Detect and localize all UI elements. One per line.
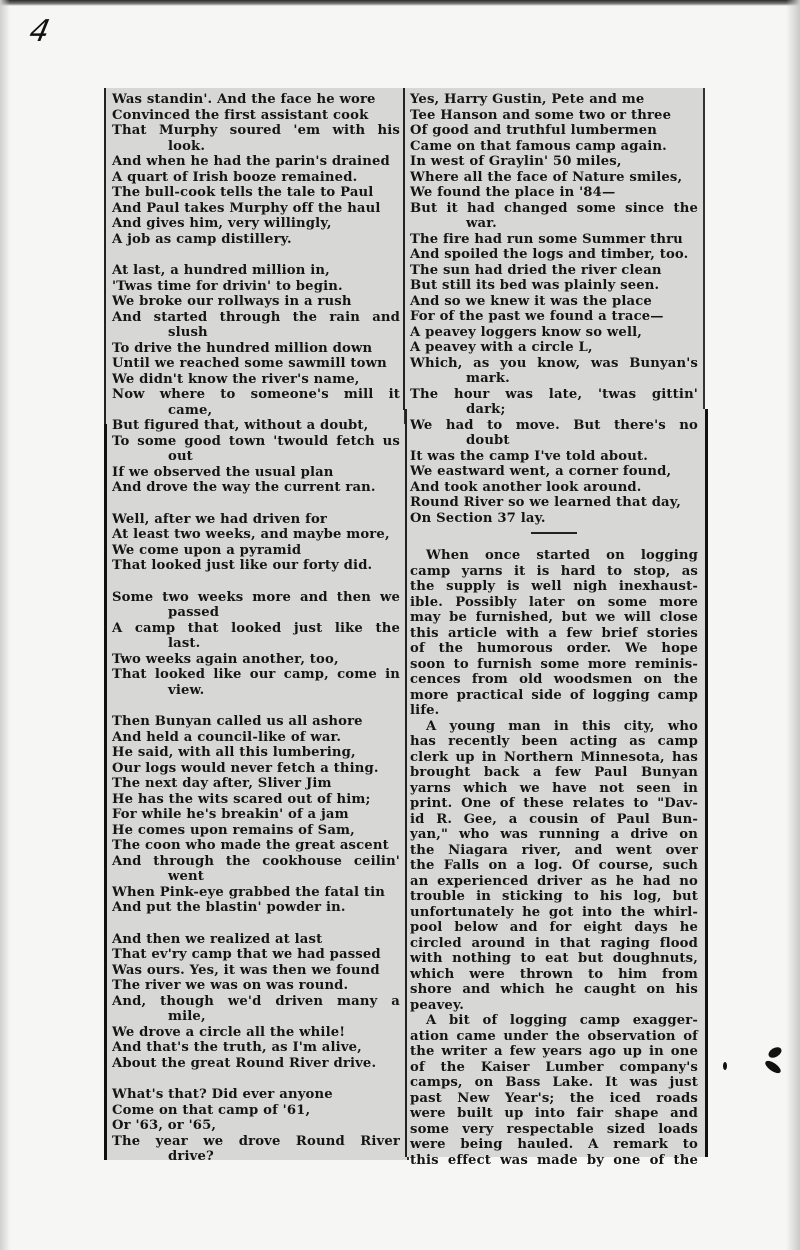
paragraph-line: this article with a few brief stories [410,626,698,642]
poem-line: That ev'ry camp that we had passed [112,947,400,963]
poem-line: Until we reached some sawmill town [112,356,400,372]
poem-line: We broke our rollways in a rush [112,294,400,310]
poem-line: And Paul takes Murphy off the haul [112,201,400,217]
poem-line: came, [112,403,400,419]
paragraph-line: print. One of these relates to "Dav- [410,796,698,812]
paragraph-line: When once started on logging [410,548,698,564]
poem-line: Of good and truthful lumbermen [410,123,698,139]
poem-stanza: Some two weeks more and then wepassedA c… [112,590,400,699]
poem-stanza: Well, after we had driven forAt least tw… [112,512,400,574]
paragraph-line: ible. Possibly later on some more [410,595,698,611]
poem-line: If we observed the usual plan [112,465,400,481]
paragraph-line: yan," who was running a drive on [410,827,698,843]
stanza-gap [112,916,400,932]
poem-line: We eastward went, a corner found, [410,464,698,480]
poem-line: The next day after, Sliver Jim [112,776,400,792]
poem-line: Come on that camp of '61, [112,1103,400,1119]
paragraph-line: A bit of logging camp exagger- [410,1013,698,1029]
paragraph-line: id R. Gee, a cousin of Paul Bun- [410,812,698,828]
poem-line: At last, a hundred million in, [112,263,400,279]
poem-line: But figured that, without a doubt, [112,418,400,434]
paragraph-line: the Niagara river, and went over [410,843,698,859]
poem-line: Where all the face of Nature smiles, [410,170,698,186]
poem-line: But still its bed was plainly seen. [410,278,698,294]
poem-line: He comes upon remains of Sam, [112,823,400,839]
paragraph-line: the Falls on a log. Of course, such [410,858,698,874]
poem-stanza: What's that? Did ever anyoneCome on that… [112,1087,400,1165]
poem-line: About the great Round River drive. [112,1056,400,1072]
poem-line: Was standin'. And the face he wore [112,92,400,108]
paragraph-line: more practical side of logging camp [410,688,698,704]
poem-line: 'Twas time for drivin' to begin. [112,279,400,295]
poem-line: When Pink-eye grabbed the fatal tin [112,885,400,901]
paragraph-line: soon to furnish some more reminis- [410,657,698,673]
poem-line: A peavey loggers know so well, [410,325,698,341]
poem-line: war. [410,216,698,232]
poem-line: mile, [112,1009,400,1025]
stanza-gap [112,574,400,590]
poem-line: Tee Hanson and some two or three [410,108,698,124]
poem-line: And took another look around. [410,480,698,496]
paragraph-line: circled around in that raging flood [410,936,698,952]
poem-line: And started through the rain and [112,310,400,326]
paragraph-line: yarns which we have not seen in [410,781,698,797]
poem-line: Well, after we had driven for [112,512,400,528]
paragraph-line: may be furnished, but we will close [410,610,698,626]
poem-line: A camp that looked just like the [112,621,400,637]
paragraph-line: which were thrown to him from [410,967,698,983]
poem-line: view. [112,683,400,699]
paragraph-line: cences from old woodsmen on the [410,672,698,688]
poem-line: The river we was on was round. [112,978,400,994]
poem-line: We drove a circle all the while! [112,1025,400,1041]
poem-line: We didn't know the river's name, [112,372,400,388]
poem-line: And drove the way the current ran. [112,480,400,496]
poem-line: mark. [410,371,698,387]
poem-line: Was ours. Yes, it was then we found [112,963,400,979]
poem-line: The hour was late, 'twas gittin' [410,387,698,403]
poem-line: A peavey with a circle L, [410,340,698,356]
paragraph-line: clerk up in Northern Minnesota, has [410,750,698,766]
scan-left-edge [0,0,10,1250]
poem-line: went [112,869,400,885]
poem-line: Came on that famous camp again. [410,139,698,155]
poem-line: The coon who made the great ascent [112,838,400,854]
paragraph-line: past New Year's; the iced roads [410,1091,698,1107]
poem-line: And so we knew it was the place [410,294,698,310]
article-paragraph: A bit of logging camp exagger-ation came… [410,1013,698,1168]
section-divider [531,532,577,534]
paragraph-line: an experienced driver as he had no [410,874,698,890]
poem-line: Convinced the first assistant cook [112,108,400,124]
poem-line: To drive the hundred million down [112,341,400,357]
poem-line: drive? [112,1149,400,1165]
stanza-gap [112,1071,400,1087]
poem-line: We found the place in '84— [410,185,698,201]
poem-line: On Section 37 lay. [410,511,698,527]
poem-line: last. [112,636,400,652]
paragraph-line: shore and which he caught on his [410,982,698,998]
handwritten-page-number: 4 [26,14,53,49]
paragraph-line: this effect was made by one of the [410,1153,698,1169]
poem-line: That Murphy soured 'em with his [112,123,400,139]
paragraph-line: has recently been acting as camp [410,734,698,750]
poem-line: That looked just like our forty did. [112,558,400,574]
paragraph-line: brought back a few Paul Bunyan [410,765,698,781]
poem-line: The year we drove Round River [112,1134,400,1150]
paragraph-line: of the Kaiser Lumber company's [410,1060,698,1076]
poem-line: And spoiled the logs and timber, too. [410,247,698,263]
poem-stanza: And then we realized at lastThat ev'ry c… [112,932,400,1072]
poem-line: That looked like our camp, come in [112,667,400,683]
poem-line: And, though we'd driven many a [112,994,400,1010]
poem-line: The fire had run some Summer thru [410,232,698,248]
poem-line: And held a council-like of war. [112,730,400,746]
poem-line: And put the blastin' powder in. [112,900,400,916]
poem-line: dark; [410,402,698,418]
paragraph-line: trouble in sticking to his log, but [410,889,698,905]
poem-line: Two weeks again another, too, [112,652,400,668]
ink-smudge [767,1045,784,1060]
paragraph-line: were built up into fair shape and [410,1106,698,1122]
poem-line: It was the camp I've told about. [410,449,698,465]
poem-stanza: Yes, Harry Gustin, Pete and meTee Hanson… [410,92,698,526]
poem-line: And gives him, very willingly, [112,216,400,232]
poem-stanza: At last, a hundred million in,'Twas time… [112,263,400,496]
paragraph-line: some very respectable sized loads [410,1122,698,1138]
paragraph-line: were being hauled. A remark to [410,1137,698,1153]
paragraph-line: life. [410,703,698,719]
poem-line: In west of Graylin' 50 miles, [410,154,698,170]
poem-line: For while he's breakin' of a jam [112,807,400,823]
poem-line: At least two weeks, and maybe more, [112,527,400,543]
stanza-gap [112,496,400,512]
poem-line: What's that? Did ever anyone [112,1087,400,1103]
poem-line: And through the cookhouse ceilin' [112,854,400,870]
poem-line: To some good town 'twould fetch us [112,434,400,450]
poem-line: Which, as you know, was Bunyan's [410,356,698,372]
poem-line: passed [112,605,400,621]
poem-line: Our logs would never fetch a thing. [112,761,400,777]
scan-top-edge [0,0,800,6]
article-column-right: Yes, Harry Gustin, Pete and meTee Hanson… [410,92,698,1168]
ink-smudge [763,1059,782,1076]
stanza-gap [112,247,400,263]
poem-line: look. [112,139,400,155]
poem-line: And when he had the parin's drained [112,154,400,170]
poem-line: We come upon a pyramid [112,543,400,559]
poem-line: And that's the truth, as I'm alive, [112,1040,400,1056]
poem-line: The bull-cook tells the tale to Paul [112,185,400,201]
ink-smudge [723,1062,727,1070]
paragraph-line: the supply is well nigh inexhaust- [410,579,698,595]
poem-line: We had to move. But there's no [410,418,698,434]
poem-line: He said, with all this lumbering, [112,745,400,761]
paragraph-line: of the humorous order. We hope [410,641,698,657]
paragraph-line: unfortunately he got into the whirl- [410,905,698,921]
article-paragraph: A young man in this city, whohas recentl… [410,719,698,1014]
poem-line: Round River so we learned that day, [410,495,698,511]
poem-line: For of the past we found a trace— [410,309,698,325]
poem-column-left: Was standin'. And the face he woreConvin… [112,92,400,1165]
paragraph-line: A young man in this city, who [410,719,698,735]
paragraph-line: the writer a few years ago up in one [410,1044,698,1060]
paragraph-line: ation came under the observation of [410,1029,698,1045]
poem-line: The sun had dried the river clean [410,263,698,279]
poem-line: He has the wits scared out of him; [112,792,400,808]
paragraph-line: peavey. [410,998,698,1014]
paragraph-line: pool below and for eight days he [410,920,698,936]
poem-line: Some two weeks more and then we [112,590,400,606]
paragraph-line: camp yarns it is hard to stop, as [410,564,698,580]
stanza-gap [112,698,400,714]
poem-line: A quart of Irish booze remained. [112,170,400,186]
poem-line: And then we realized at last [112,932,400,948]
poem-stanza: Was standin'. And the face he woreConvin… [112,92,400,247]
poem-line: Then Bunyan called us all ashore [112,714,400,730]
poem-line: Yes, Harry Gustin, Pete and me [410,92,698,108]
poem-line: Now where to someone's mill it [112,387,400,403]
paragraph-line: with nothing to eat but doughnuts, [410,951,698,967]
poem-line: slush [112,325,400,341]
poem-line: out [112,449,400,465]
paragraph-line: camps, on Bass Lake. It was just [410,1075,698,1091]
scan-right-edge [786,0,800,1250]
poem-line: But it had changed some since the [410,201,698,217]
poem-stanza: Then Bunyan called us all ashoreAnd held… [112,714,400,916]
poem-line: doubt [410,433,698,449]
poem-line: Or '63, or '65, [112,1118,400,1134]
poem-line: A job as camp distillery. [112,232,400,248]
article-paragraph: When once started on loggingcamp yarns i… [410,548,698,719]
